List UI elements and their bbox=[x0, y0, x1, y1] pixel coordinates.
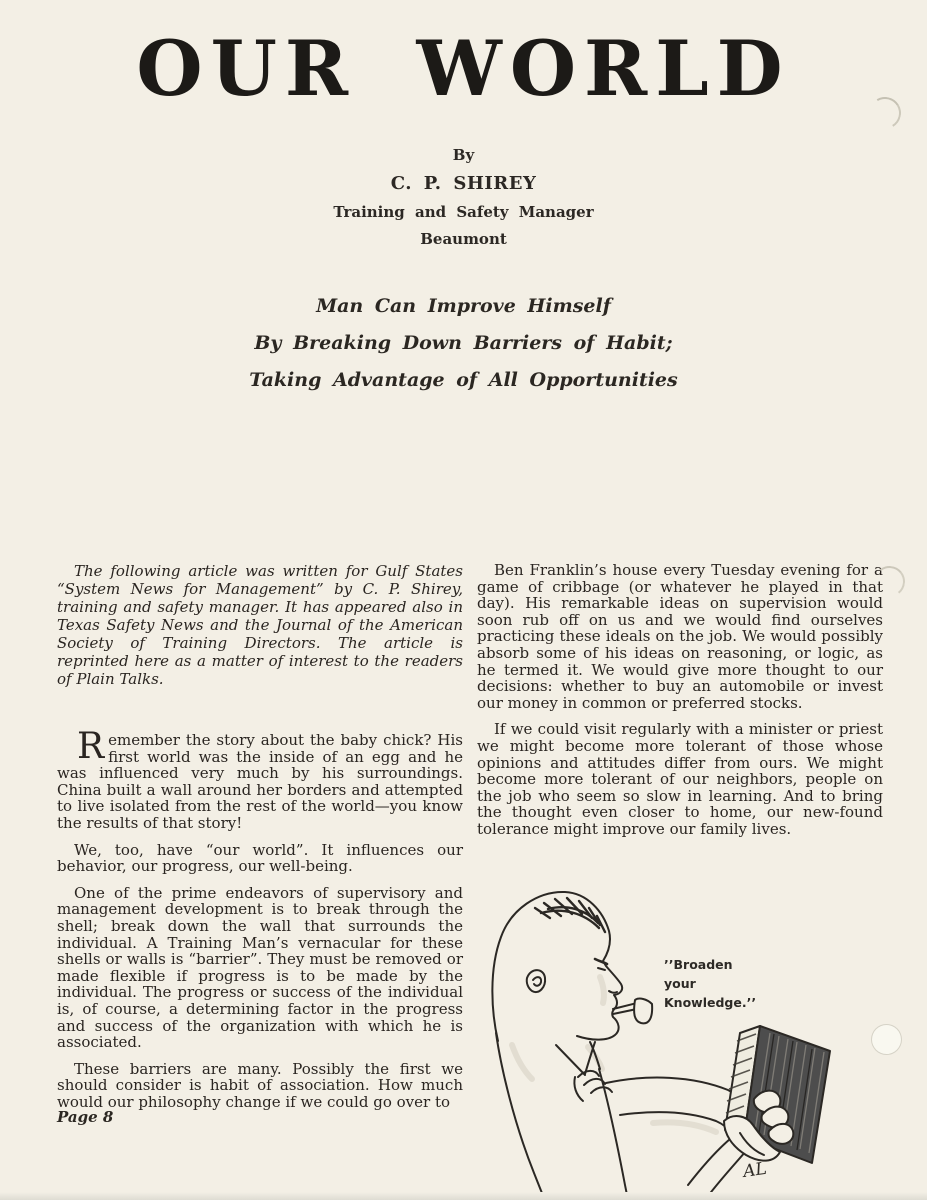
line-drawing: AL bbox=[478, 883, 927, 1200]
author-role: Training and Safety Manager bbox=[0, 203, 927, 221]
article-paragraph: Remember the story about the baby chick?… bbox=[57, 732, 463, 832]
caption-line: Knowledge.’’ bbox=[664, 993, 756, 1012]
article-paragraph: We, too, have “our world”. It influences… bbox=[57, 842, 463, 875]
illustration-caption: ’’Broaden your Knowledge.’’ bbox=[664, 955, 756, 1012]
byline-block: By C. P. SHIREY Training and Safety Mana… bbox=[0, 146, 927, 248]
author-name: C. P. SHIREY bbox=[0, 173, 927, 194]
wrist-line bbox=[708, 1151, 746, 1196]
author-location: Beaumont bbox=[0, 230, 927, 248]
scan-edge-shadow bbox=[0, 1192, 927, 1200]
left-column: The following article was written for Gu… bbox=[57, 562, 463, 1120]
ear bbox=[527, 970, 545, 992]
hair-strokes bbox=[535, 898, 605, 932]
article-paragraph: If we could visit regularly with a minis… bbox=[477, 721, 883, 837]
punch-hole-mark bbox=[871, 1024, 902, 1055]
article-paragraph: These barriers are many. Possibly the fi… bbox=[57, 1061, 463, 1111]
page-number: Page 8 bbox=[57, 1108, 113, 1126]
article-title: OUR WORLD bbox=[0, 24, 927, 113]
eyebrow bbox=[595, 959, 607, 964]
editor-intro-paragraph: The following article was written for Gu… bbox=[57, 562, 463, 688]
man-reading-illustration: AL ’’Broaden your Knowledge.’’ bbox=[478, 883, 927, 1200]
ear-inner bbox=[533, 977, 541, 986]
chest-line bbox=[599, 1069, 628, 1200]
paragraph-text: emember the story about the baby chick? … bbox=[57, 731, 463, 832]
arm-upper bbox=[606, 1078, 742, 1102]
byline-by-label: By bbox=[0, 146, 927, 164]
article-paragraph: One of the prime endeavors of supervisor… bbox=[57, 885, 463, 1051]
pipe-bowl bbox=[634, 999, 652, 1024]
article-subtitle: Man Can Improve Himself By Breaking Down… bbox=[0, 288, 927, 399]
subtitle-line: Man Can Improve Himself bbox=[0, 288, 927, 325]
caption-line: ’’Broaden bbox=[664, 955, 756, 974]
artist-signature: AL bbox=[740, 1159, 768, 1182]
eye bbox=[598, 968, 605, 970]
drop-cap: R bbox=[77, 733, 104, 761]
right-column: Ben Franklin’s house every Tuesday eveni… bbox=[477, 562, 883, 848]
subtitle-line: By Breaking Down Barriers of Habit; bbox=[0, 325, 927, 362]
scanned-document-page: OUR WORLD By C. P. SHIREY Training and S… bbox=[0, 0, 927, 1200]
nostril bbox=[609, 991, 617, 993]
subtitle-line: Taking Advantage of All Opportunities bbox=[0, 362, 927, 399]
collar-left bbox=[556, 1045, 585, 1075]
article-paragraph: Ben Franklin’s house every Tuesday eveni… bbox=[477, 562, 883, 711]
caption-line: your bbox=[664, 974, 756, 993]
